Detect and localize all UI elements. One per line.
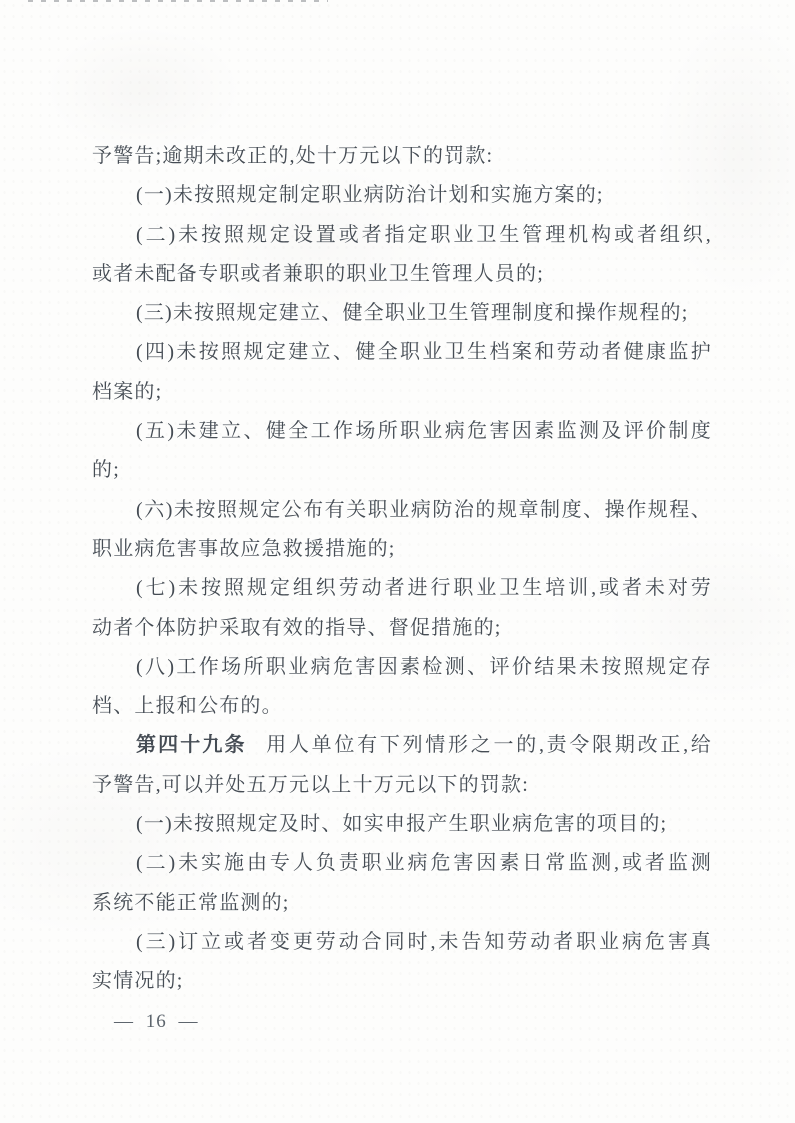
text-line: (二)未按照规定设置或者指定职业卫生管理机构或者组织, xyxy=(92,216,712,255)
text-line: (一)未按照规定制定职业病防治计划和实施方案的; xyxy=(92,176,712,215)
text-line-content: 用人单位有下列情形之一的,责令限期改正,给 xyxy=(265,734,712,756)
text-line: (三)未按照规定建立、健全职业卫生管理制度和操作规程的; xyxy=(92,294,712,333)
document-text-block: 予警告;逾期未改正的,处十万元以下的罚款:(一)未按照规定制定职业病防治计划和实… xyxy=(92,137,712,1002)
text-line: 档案的; xyxy=(92,373,712,412)
text-line: (三)订立或者变更劳动合同时,未告知劳动者职业病危害真 xyxy=(92,923,712,962)
text-line: 的; xyxy=(92,451,712,490)
text-line: (二)未实施由专人负责职业病危害因素日常监测,或者监测 xyxy=(92,844,712,883)
article-number: 第四十九条 xyxy=(136,734,247,756)
text-line: (八)工作场所职业病危害因素检测、评价结果未按照规定存 xyxy=(92,648,712,687)
text-line: 第四十九条用人单位有下列情形之一的,责令限期改正,给 xyxy=(92,726,712,765)
text-line: 系统不能正常监测的; xyxy=(92,884,712,923)
text-line: (四)未按照规定建立、健全职业卫生档案和劳动者健康监护 xyxy=(92,333,712,372)
text-line: (七)未按照规定组织劳动者进行职业卫生培训,或者未对劳 xyxy=(92,569,712,608)
page-number: — 16 — xyxy=(114,1008,199,1036)
document-page: 予警告;逾期未改正的,处十万元以下的罚款:(一)未按照规定制定职业病防治计划和实… xyxy=(0,0,795,1123)
text-line: (一)未按照规定及时、如实申报产生职业病危害的项目的; xyxy=(92,805,712,844)
text-line: 职业病危害事故应急救援措施的; xyxy=(92,530,712,569)
text-line: 实情况的; xyxy=(92,962,712,1001)
text-line: (六)未按照规定公布有关职业病防治的规章制度、操作规程、 xyxy=(92,491,712,530)
text-line: 档、上报和公布的。 xyxy=(92,687,712,726)
text-line: 动者个体防护采取有效的指导、督促措施的; xyxy=(92,609,712,648)
text-line: 或者未配备专职或者兼职的职业卫生管理人员的; xyxy=(92,255,712,294)
text-line: 予警告;逾期未改正的,处十万元以下的罚款: xyxy=(92,137,712,176)
text-line: (五)未建立、健全工作场所职业病危害因素监测及评价制度 xyxy=(92,412,712,451)
text-line: 予警告,可以并处五万元以上十万元以下的罚款: xyxy=(92,766,712,805)
scan-edge-artifact xyxy=(28,0,328,2)
